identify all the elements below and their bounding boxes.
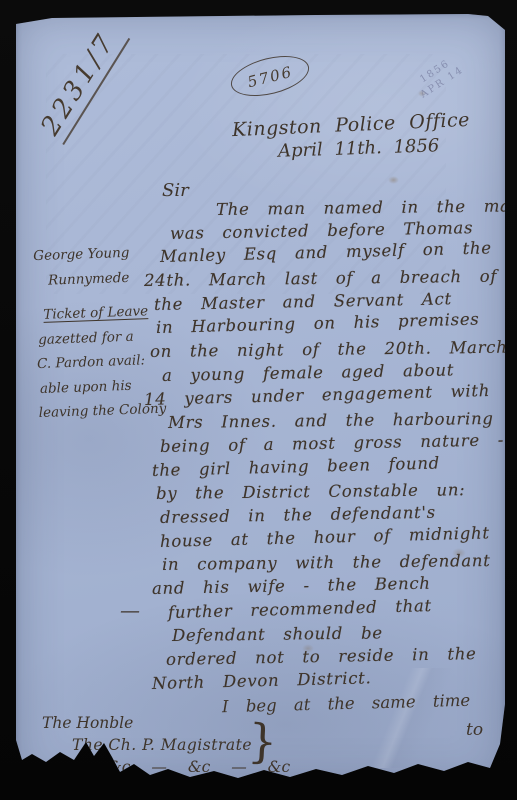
letter-paper: 2231/7 5706 1856 APR 14 Kingston Police …: [16, 14, 505, 786]
margin-note-line: leaving the Colony: [38, 397, 159, 426]
margin-note-line: C. Pardon avail:: [37, 348, 158, 377]
margin-annotation: George Young Runnymede Ticket of Leave g…: [33, 240, 159, 426]
closing-catchword: to: [466, 720, 483, 740]
foxing-stain: [388, 176, 399, 184]
margin-note-line: Runnymede: [48, 264, 155, 292]
margin-note-line: Ticket of Leave: [43, 299, 156, 327]
document-scan: 2231/7 5706 1856 APR 14 Kingston Police …: [0, 0, 517, 800]
footer-brace: }: [247, 713, 279, 768]
letter-body: The man named in the margin was convicte…: [144, 198, 517, 695]
filing-number: 5706: [246, 63, 295, 92]
margin-dash: —: [120, 598, 138, 622]
